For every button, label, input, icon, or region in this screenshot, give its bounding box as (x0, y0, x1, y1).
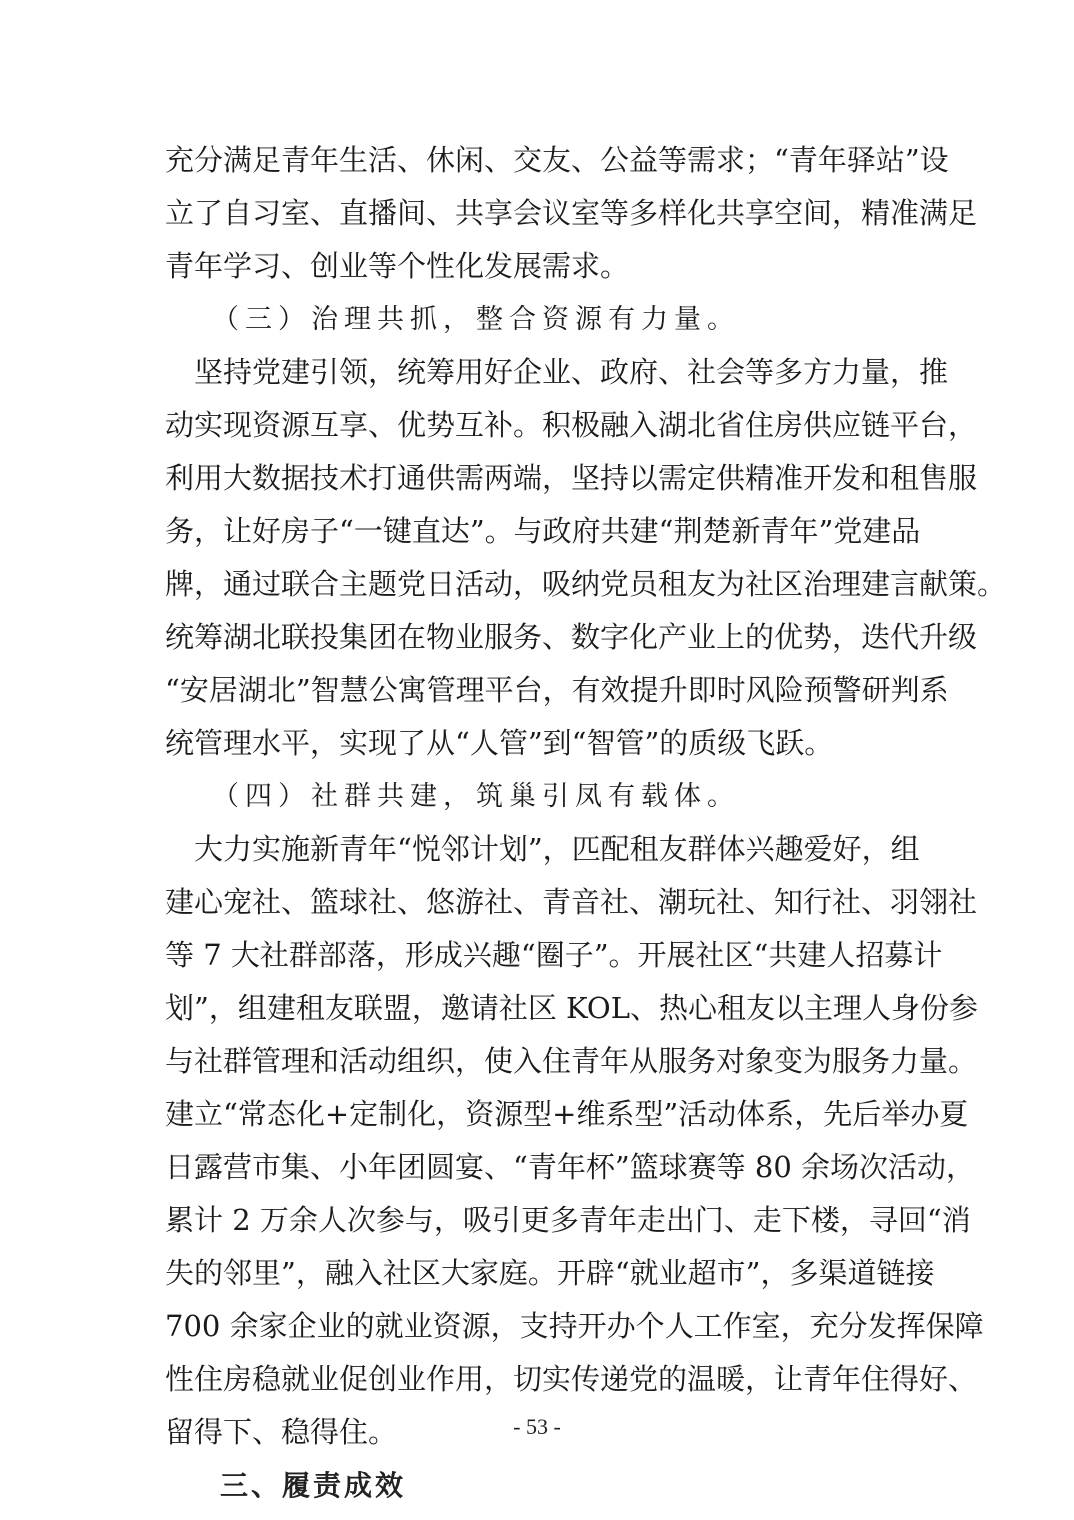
paragraph-line: 立了自习室、直播间、共享会议室等多样化共享空间，精准满足 (165, 187, 915, 240)
paragraph-line: “安居湖北”智慧公寓管理平台，有效提升即时风险预警研判系 (165, 664, 915, 717)
paragraph-line: 700 余家企业的就业资源，支持开办个人工作室，充分发挥保障 (165, 1300, 915, 1353)
paragraph-line: 统筹湖北联投集团在物业服务、数字化产业上的优势，迭代升级 (165, 611, 915, 664)
paragraph-line: 利用大数据技术打通供需两端，坚持以需定供精准开发和租售服 (165, 452, 915, 505)
subheading-three: （三）治理共抓，整合资源有力量。 (212, 293, 962, 346)
paragraph-line: 坚持党建引领，统筹用好企业、政府、社会等多方力量，推 (165, 346, 915, 399)
paragraph-line: 失的邻里”，融入社区大家庭。开辟“就业超市”，多渠道链接 (165, 1247, 915, 1300)
paragraph-line: 充分满足青年生活、休闲、交友、公益等需求；“青年驿站”设 (165, 134, 915, 187)
paragraph-line: 建心宠社、篮球社、悠游社、青音社、潮玩社、知行社、羽翎社 (165, 876, 915, 929)
paragraph-line: 大力实施新青年“悦邻计划”，匹配租友群体兴趣爱好，组 (165, 823, 915, 876)
paragraph-line: 牌，通过联合主题党日活动，吸纳党员租友为社区治理建言献策。 (165, 558, 915, 611)
paragraph-line: 划”，组建租友联盟，邀请社区 KOL、热心租友以主理人身份参 (165, 982, 915, 1035)
paragraph-line: 性住房稳就业促创业作用，切实传递党的温暖，让青年住得好、 (165, 1353, 915, 1406)
paragraph-line: 统管理水平，实现了从“人管”到“智管”的质级飞跃。 (165, 717, 915, 770)
paragraph-line: 青年学习、创业等个性化发展需求。 (165, 240, 915, 293)
section-heading: 三、履责成效 (220, 1459, 970, 1512)
paragraph-line: 动实现资源互享、优势互补。积极融入湖北省住房供应链平台， (165, 399, 915, 452)
paragraph-line: 日露营市集、小年团圆宴、“青年杯”篮球赛等 80 余场次活动， (165, 1141, 915, 1194)
paragraph-line: 与社群管理和活动组织，使入住青年从服务对象变为服务力量。 (165, 1035, 915, 1088)
paragraph-line: 等 7 大社群部落，形成兴趣“圈子”。开展社区“共建人招募计 (165, 929, 915, 982)
page-number: - 53 - (0, 1412, 1074, 1442)
paragraph-line: 务，让好房子“一键直达”。与政府共建“荆楚新青年”党建品 (165, 505, 915, 558)
subheading-four: （四）社群共建，筑巢引凤有载体。 (212, 770, 962, 823)
paragraph-line: 建立“常态化+定制化，资源型+维系型”活动体系，先后举办夏 (165, 1088, 915, 1141)
document-page: 充分满足青年生活、休闲、交友、公益等需求；“青年驿站”设 立了自习室、直播间、共… (0, 0, 1074, 1520)
paragraph-line: 累计 2 万余人次参与，吸引更多青年走出门、走下楼，寻回“消 (165, 1194, 915, 1247)
